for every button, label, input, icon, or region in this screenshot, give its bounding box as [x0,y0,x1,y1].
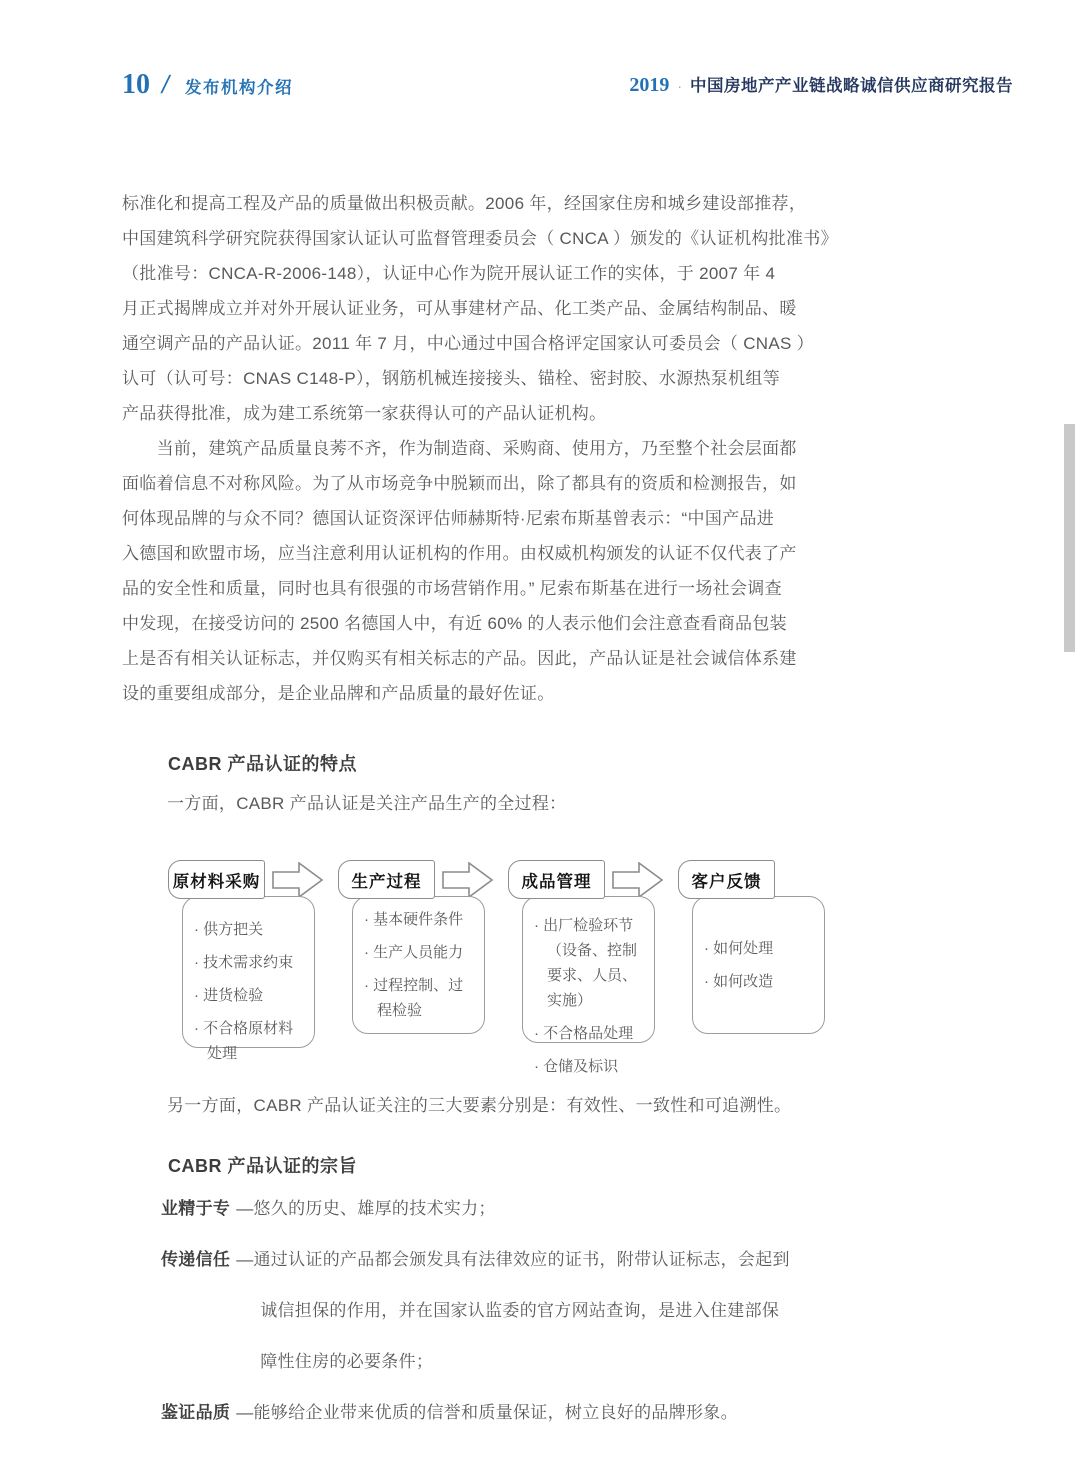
header-right: 2019 · 中国房地产产业链战略诚信供应商研究报告 [629,72,1013,97]
page-header: 10 / 发布机构介绍 2019 · 中国房地产产业链战略诚信供应商研究报告 [122,68,1013,104]
purpose-item: 鉴证品质 —能够给企业带来优质的信誉和质量保证，树立良好的品牌形象。 [161,1387,881,1438]
purpose-text: —悠久的历史、雄厚的技术实力； [236,1183,872,1234]
flow-step-title: 客户反馈 [678,860,775,899]
flow-item: 过程控制、过 程检验 [364,973,478,1023]
body-text: 标准化和提高工程及产品的质量做出积极贡献。2006 年，经国家住房和城乡建设部推… [122,186,850,711]
purpose-item: 传递信任 —通过认证的产品都会颁发具有法律效应的证书，附带认证标志，会起到 诚信… [161,1234,881,1387]
paragraph-2: 当前，建筑产品质量良莠不齐，作为制造商、采购商、使用方，乃至整个社会层面都 面临… [122,431,850,711]
report-title: 中国房地产产业链战略诚信供应商研究报告 [690,72,1013,96]
flow-item: 出厂检验环节 （设备、控制 要求、人员、 实施） [534,913,648,1013]
flow-step-title: 原材料采购 [168,860,265,899]
flow-item: 供方把关 [194,917,308,942]
process-flow-diagram: 原材料采购 供方把关 技术需求约束 进货检验 不合格原材料 处理 生产过程 基本… [168,860,828,1060]
flow-item: 技术需求约束 [194,950,308,975]
purpose-label: 业精于专 [161,1183,230,1234]
flow-step-title: 生产过程 [338,860,435,899]
flow-item: 不合格原材料 处理 [194,1016,308,1066]
section-title: 发布机构介绍 [185,74,293,98]
flow-card: 如何处理 如何改造 [692,896,825,1034]
flow-step-title: 成品管理 [508,860,605,899]
flow-item: 如何处理 [704,936,818,961]
purpose-text: —能够给企业带来优质的信誉和质量保证，树立良好的品牌形象。 [236,1387,872,1438]
flow-card: 供方把关 技术需求约束 进货检验 不合格原材料 处理 [182,896,315,1048]
flow-item: 如何改造 [704,969,818,994]
flow-arrow-icon [612,862,664,898]
flow-card: 出厂检验环节 （设备、控制 要求、人员、 实施） 不合格品处理 仓储及标识 [522,896,655,1043]
features-outro: 另一方面，CABR 产品认证关注的三大要素分别是：有效性、一致性和可追溯性。 [167,1091,791,1116]
dot-separator-icon: · [677,78,682,94]
paragraph-1: 标准化和提高工程及产品的质量做出积极贡献。2006 年，经国家住房和城乡建设部推… [122,186,850,431]
flow-arrow-icon [272,862,324,898]
flow-item: 生产人员能力 [364,940,478,965]
document-page: 10 / 发布机构介绍 2019 · 中国房地产产业链战略诚信供应商研究报告 标… [0,0,1075,1459]
purpose-label: 鉴证品质 [161,1387,230,1438]
flow-item: 仓储及标识 [534,1054,648,1079]
scrollbar-thumb[interactable] [1064,424,1075,652]
features-intro: 一方面，CABR 产品认证是关注产品生产的全过程： [167,789,566,814]
purpose-item: 业精于专 —悠久的历史、雄厚的技术实力； [161,1183,881,1234]
purpose-heading: CABR 产品认证的宗旨 [168,1152,357,1178]
report-year: 2019 [629,74,669,97]
flow-column-customer-feedback: 客户反馈 如何处理 如何改造 [678,860,848,1060]
flow-item: 基本硬件条件 [364,907,478,932]
flow-item: 不合格品处理 [534,1021,648,1046]
flow-item: 进货检验 [194,983,308,1008]
purpose-label: 传递信任 [161,1234,230,1387]
page-number: 10 [122,68,150,102]
purpose-list: 业精于专 —悠久的历史、雄厚的技术实力； 传递信任 —通过认证的产品都会颁发具有… [161,1183,881,1438]
flow-arrow-icon [442,862,494,898]
flow-card: 基本硬件条件 生产人员能力 过程控制、过 程检验 [352,896,485,1034]
features-heading: CABR 产品认证的特点 [168,750,357,776]
slash-divider-icon: / [159,71,172,100]
header-left: 10 / 发布机构介绍 [122,68,293,102]
purpose-text: —通过认证的产品都会颁发具有法律效应的证书，附带认证标志，会起到 诚信担保的作用… [236,1234,872,1387]
